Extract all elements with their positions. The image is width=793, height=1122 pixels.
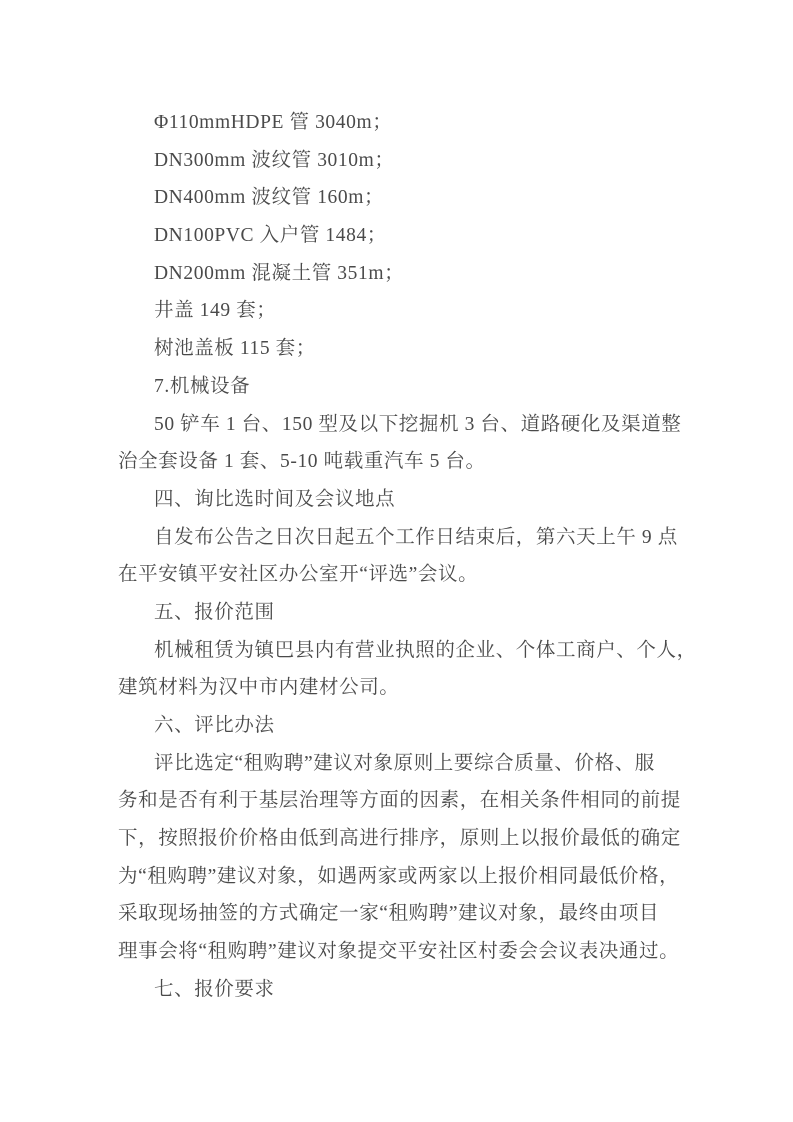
text-line: 理事会将“租购聘”建议对象提交平安社区村委会会议表决通过。 xyxy=(118,933,678,971)
text-line: DN300mm 波纹管 3010m； xyxy=(118,142,678,180)
document-body: Φ110mmHDPE 管 3040m；DN300mm 波纹管 3010m；DN4… xyxy=(118,104,678,1009)
text-line: 七、报价要求 xyxy=(118,971,678,1009)
text-line: 在平安镇平安社区办公室开“评选”会议。 xyxy=(118,556,678,594)
text-line: 评比选定“租购聘”建议对象原则上要综合质量、价格、服 xyxy=(118,745,678,783)
text-line: DN400mm 波纹管 160m； xyxy=(118,179,678,217)
text-line: 治全套设备 1 套、5-10 吨载重汽车 5 台。 xyxy=(118,443,678,481)
text-line: 务和是否有利于基层治理等方面的因素，在相关条件相同的前提 xyxy=(118,782,678,820)
text-line: 六、评比办法 xyxy=(118,707,678,745)
text-line: 自发布公告之日次日起五个工作日结束后，第六天上午 9 点 xyxy=(118,519,678,557)
text-line: 建筑材料为汉中市内建材公司。 xyxy=(118,669,678,707)
document-page: Φ110mmHDPE 管 3040m；DN300mm 波纹管 3010m；DN4… xyxy=(0,0,793,1122)
text-line: 树池盖板 115 套； xyxy=(118,330,678,368)
text-line: Φ110mmHDPE 管 3040m； xyxy=(118,104,678,142)
text-line: 50 铲车 1 台、150 型及以下挖掘机 3 台、道路硬化及渠道整 xyxy=(118,406,678,444)
text-line: 机械租赁为镇巴县内有营业执照的企业、个体工商户、个人， xyxy=(118,632,678,670)
text-line: 井盖 149 套； xyxy=(118,292,678,330)
text-line: DN200mm 混凝土管 351m； xyxy=(118,255,678,293)
text-line: DN100PVC 入户管 1484； xyxy=(118,217,678,255)
text-line: 五、报价范围 xyxy=(118,594,678,632)
text-line: 7.机械设备 xyxy=(118,368,678,406)
text-line: 下，按照报价价格由低到高进行排序，原则上以报价最低的确定 xyxy=(118,820,678,858)
text-line: 为“租购聘”建议对象，如遇两家或两家以上报价相同最低价格， xyxy=(118,858,678,896)
text-line: 采取现场抽签的方式确定一家“租购聘”建议对象，最终由项目 xyxy=(118,895,678,933)
text-line: 四、询比选时间及会议地点 xyxy=(118,481,678,519)
